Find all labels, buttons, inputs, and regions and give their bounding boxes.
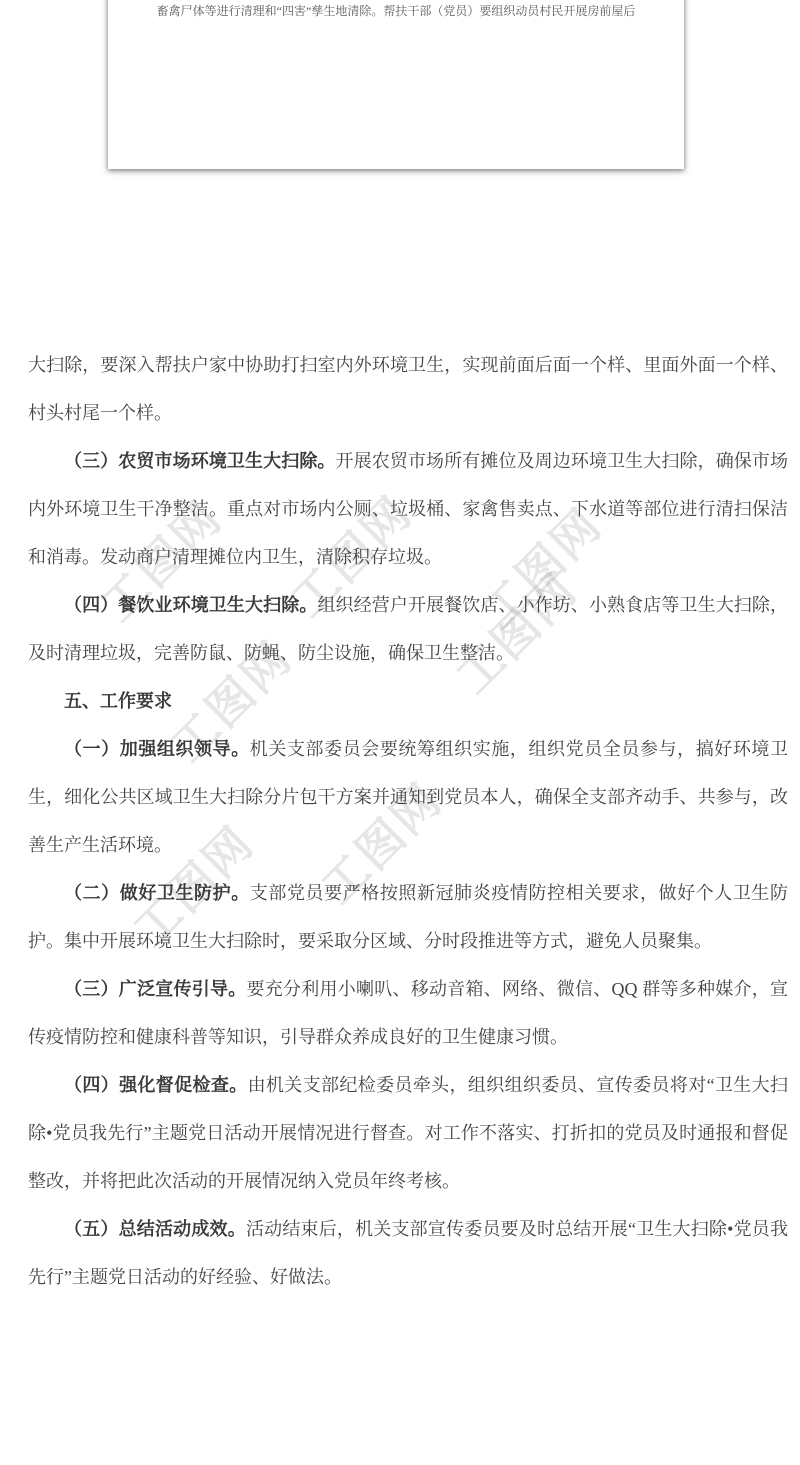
- paragraph: 大扫除，要深入帮扶户家中协助打扫室内外环境卫生，实现前面后面一个样、里面外面一个…: [28, 341, 788, 437]
- paragraph: （五）总结活动成效。活动结束后，机关支部宣传委员要及时总结开展“卫生大扫除•党员…: [28, 1205, 788, 1301]
- paragraph-lead: （三）农贸市场环境卫生大扫除。: [64, 451, 336, 471]
- paragraph-lead: （五）总结活动成效。: [64, 1219, 246, 1239]
- section-heading: 五、工作要求: [28, 677, 788, 725]
- paragraph-lead: （四）强化督促检查。: [64, 1075, 248, 1095]
- paragraph-lead: （四）餐饮业环境卫生大扫除。: [64, 595, 317, 615]
- paragraph-lead: （三）广泛宣传引导。: [64, 979, 247, 999]
- document-body: 大扫除，要深入帮扶户家中协助打扫室内外环境卫生，实现前面后面一个样、里面外面一个…: [28, 341, 788, 1301]
- paragraph: （一）加强组织领导。机关支部委员会要统筹组织实施，组织党员全员参与，搞好环境卫生…: [28, 725, 788, 869]
- paragraph: （四）餐饮业环境卫生大扫除。组织经营户开展餐饮店、小作坊、小熟食店等卫生大扫除，…: [28, 581, 788, 677]
- previous-page-sheet: 畜禽尸体等进行清理和“四害”孳生地清除。帮扶干部（党员）要组织动员村民开展房前屋…: [108, 0, 684, 169]
- section-heading-text: 五、工作要求: [64, 691, 172, 711]
- paragraph-text: 大扫除，要深入帮扶户家中协助打扫室内外环境卫生，实现前面后面一个样、里面外面一个…: [28, 355, 788, 423]
- paragraph: （三）广泛宣传引导。要充分利用小喇叭、移动音箱、网络、微信、QQ 群等多种媒介，…: [28, 965, 788, 1061]
- paragraph: （四）强化督促检查。由机关支部纪检委员牵头，组织组织委员、宣传委员将对“卫生大扫…: [28, 1061, 788, 1205]
- paragraph-lead: （一）加强组织领导。: [64, 739, 250, 759]
- previous-page-tail-text: 畜禽尸体等进行清理和“四害”孳生地清除。帮扶干部（党员）要组织动员村民开展房前屋…: [108, 2, 684, 19]
- paragraph: （二）做好卫生防护。支部党员要严格按照新冠肺炎疫情防控相关要求，做好个人卫生防护…: [28, 869, 788, 965]
- paragraph: （三）农贸市场环境卫生大扫除。开展农贸市场所有摊位及周边环境卫生大扫除，确保市场…: [28, 437, 788, 581]
- paragraph-lead: （二）做好卫生防护。: [64, 883, 250, 903]
